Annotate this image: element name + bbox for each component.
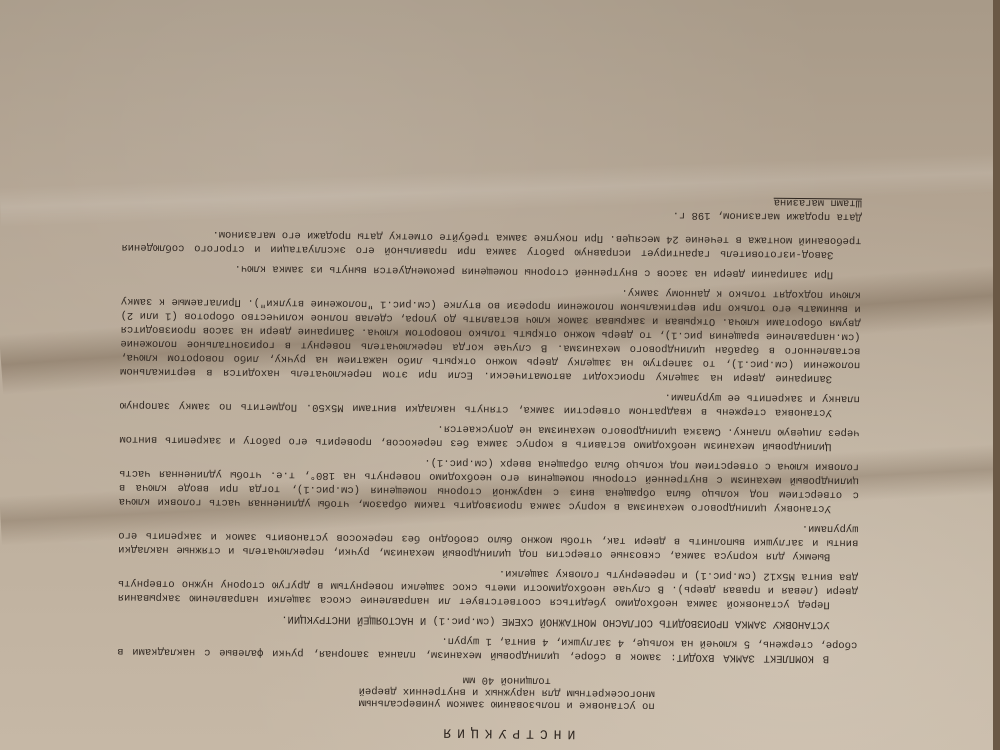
document-subtitle: по установке и пользованию замком универ… bbox=[57, 669, 957, 714]
paragraph-bolt-inside: При запирании двери на засов с внутренне… bbox=[121, 260, 861, 282]
paragraph-locking: Запирание двери на защелку происходит ав… bbox=[120, 280, 861, 386]
page-edge bbox=[993, 0, 1000, 750]
paper-sheet: ИНСТРУКЦИЯ по установке и пользованию за… bbox=[0, 0, 1000, 750]
paragraph-rod-install: Установка стержень в квадратном отверсти… bbox=[120, 384, 860, 420]
document-body: В КОМПЛЕКТ ЗАМКА ВХОДИТ: замок в сборе, … bbox=[57, 225, 961, 666]
instruction-document: ИНСТРУКЦИЯ по установке и пользованию за… bbox=[56, 15, 963, 744]
paragraph-door-cutout: Выемку для корпуса замка, сквозные отвер… bbox=[118, 514, 858, 564]
paragraph-warranty: Завод-изготовитель гарантирует исправную… bbox=[121, 226, 861, 262]
sale-info: Дата продажи магазином, 198 г. Штамп маг… bbox=[62, 187, 962, 224]
paragraph-latch-direction: Перед установкой замка необходимо убедит… bbox=[118, 562, 858, 612]
paragraph-kit-contents: В КОМПЛЕКТ ЗАМКА ВХОДИТ: замок в сборе, … bbox=[117, 630, 857, 666]
sale-date-label: Дата продажи магазином, bbox=[717, 209, 862, 223]
document-title: ИНСТРУКЦИЯ bbox=[56, 721, 956, 744]
paragraph-install-note: УСТАНОВКУ ЗАМКА ПРОИЗВОДИТЬ СОГЛАСНО МОН… bbox=[117, 610, 857, 632]
sale-date-value: 198 г. bbox=[673, 209, 711, 221]
paragraph-cylinder-fix: Цилиндровый механизм необходимо вставить… bbox=[119, 418, 859, 454]
paragraph-cylinder-install: Установку цилиндрового механизма в корпу… bbox=[119, 452, 860, 516]
